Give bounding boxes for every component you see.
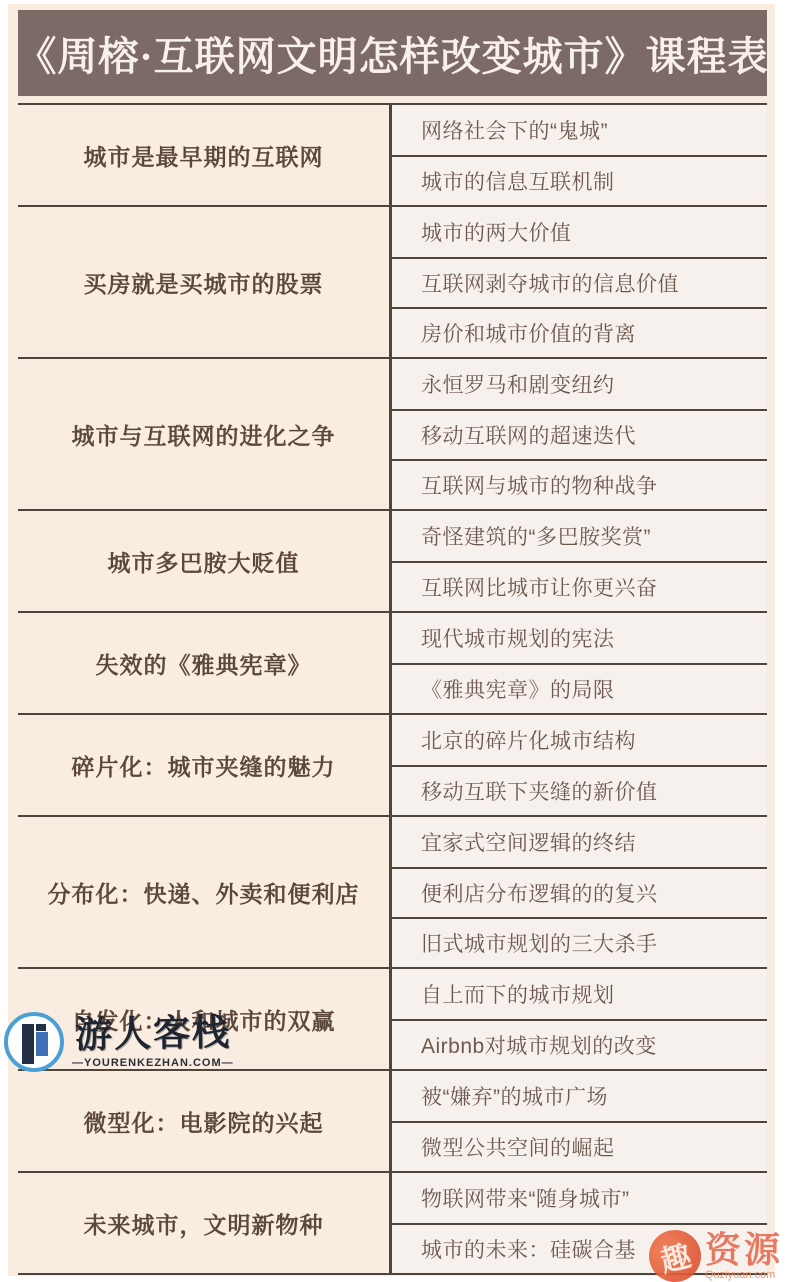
lesson-row: 便利店分布逻辑的的复兴 [392, 867, 767, 917]
lesson-row: 互联网与城市的物种战争 [392, 459, 767, 509]
section-title-cell: 买房就是买城市的股票 [18, 207, 389, 357]
course-section: 分布化：快递、外卖和便利店宜家式空间逻辑的终结便利店分布逻辑的的复兴旧式城市规划… [18, 815, 767, 967]
course-table: 城市是最早期的互联网网络社会下的“鬼城”城市的信息互联机制买房就是买城市的股票城… [18, 103, 767, 1275]
lesson-column: 现代城市规划的宪法《雅典宪章》的局限 [389, 613, 767, 713]
lesson-row: 移动互联网的超速迭代 [392, 409, 767, 459]
lesson-column: 永恒罗马和剧变纽约移动互联网的超速迭代互联网与城市的物种战争 [389, 359, 767, 509]
lesson-column: 北京的碎片化城市结构移动互联下夹缝的新价值 [389, 715, 767, 815]
lesson-row: 旧式城市规划的三大杀手 [392, 917, 767, 967]
lesson-row: 自上而下的城市规划 [392, 969, 767, 1019]
lesson-row: 城市的信息互联机制 [392, 155, 767, 205]
course-section: 城市是最早期的互联网网络社会下的“鬼城”城市的信息互联机制 [18, 103, 767, 205]
badge-name: 资源 [705, 1232, 783, 1268]
course-section: 失效的《雅典宪章》现代城市规划的宪法《雅典宪章》的局限 [18, 611, 767, 713]
lesson-row: 城市的两大价值 [392, 207, 767, 257]
course-section: 微型化：电影院的兴起被“嫌弃”的城市广场微型公共空间的崛起 [18, 1069, 767, 1171]
section-title-cell: 城市多巴胺大贬值 [18, 511, 389, 611]
lesson-column: 自上而下的城市规划Airbnb对城市规划的改变 [389, 969, 767, 1069]
section-title-cell: 城市是最早期的互联网 [18, 105, 389, 205]
section-title-cell: 碎片化：城市夹缝的魅力 [18, 715, 389, 815]
lesson-column: 网络社会下的“鬼城”城市的信息互联机制 [389, 105, 767, 205]
lesson-column: 宜家式空间逻辑的终结便利店分布逻辑的的复兴旧式城市规划的三大杀手 [389, 817, 767, 967]
badge-domain: Quziyuan.com [705, 1269, 775, 1281]
lesson-row: 永恒罗马和剧变纽约 [392, 359, 767, 409]
lesson-row: Airbnb对城市规划的改变 [392, 1019, 767, 1069]
lesson-row: 微型公共空间的崛起 [392, 1121, 767, 1171]
watermark: 游人客栈 —YOURENKEZHAN.COM— [4, 1012, 234, 1072]
lesson-column: 奇怪建筑的“多巴胺奖赏”互联网比城市让你更兴奋 [389, 511, 767, 611]
yourenkezhan-logo-icon [4, 1012, 64, 1072]
course-section: 城市与互联网的进化之争永恒罗马和剧变纽约移动互联网的超速迭代互联网与城市的物种战… [18, 357, 767, 509]
course-section: 碎片化：城市夹缝的魅力北京的碎片化城市结构移动互联下夹缝的新价值 [18, 713, 767, 815]
section-title-cell: 微型化：电影院的兴起 [18, 1071, 389, 1171]
lesson-row: 《雅典宪章》的局限 [392, 663, 767, 713]
section-title-cell: 城市与互联网的进化之争 [18, 359, 389, 509]
site-badge: 趣 资源 Quziyuan.com [649, 1230, 783, 1282]
watermark-name: 游人客栈 [75, 1014, 232, 1054]
lesson-row: 房价和城市价值的背离 [392, 307, 767, 357]
page-title: 《周榕·互联网文明怎样改变城市》课程表 [16, 25, 768, 82]
lesson-row: 互联网剥夺城市的信息价值 [392, 257, 767, 307]
watermark-domain: —YOURENKEZHAN.COM— [72, 1057, 234, 1069]
page-background: 《周榕·互联网文明怎样改变城市》课程表 城市是最早期的互联网网络社会下的“鬼城”… [8, 4, 775, 1276]
lesson-column: 被“嫌弃”的城市广场微型公共空间的崛起 [389, 1071, 767, 1171]
lesson-row: 宜家式空间逻辑的终结 [392, 817, 767, 867]
section-title-cell: 分布化：快递、外卖和便利店 [18, 817, 389, 967]
course-section: 买房就是买城市的股票城市的两大价值互联网剥夺城市的信息价值房价和城市价值的背离 [18, 205, 767, 357]
lesson-row: 现代城市规划的宪法 [392, 613, 767, 663]
lesson-row: 被“嫌弃”的城市广场 [392, 1071, 767, 1121]
course-section: 城市多巴胺大贬值奇怪建筑的“多巴胺奖赏”互联网比城市让你更兴奋 [18, 509, 767, 611]
lesson-row: 网络社会下的“鬼城” [392, 105, 767, 155]
section-title-cell: 未来城市，文明新物种 [18, 1173, 389, 1273]
lesson-row: 北京的碎片化城市结构 [392, 715, 767, 765]
lesson-row: 移动互联下夹缝的新价值 [392, 765, 767, 815]
section-title-cell: 失效的《雅典宪章》 [18, 613, 389, 713]
lesson-column: 城市的两大价值互联网剥夺城市的信息价值房价和城市价值的背离 [389, 207, 767, 357]
lesson-row: 互联网比城市让你更兴奋 [392, 561, 767, 611]
header-bar: 《周榕·互联网文明怎样改变城市》课程表 [18, 10, 767, 96]
lesson-row: 奇怪建筑的“多巴胺奖赏” [392, 511, 767, 561]
lesson-row: 物联网带来“随身城市” [392, 1173, 767, 1223]
quziyuan-seal-icon: 趣 [643, 1224, 706, 1282]
